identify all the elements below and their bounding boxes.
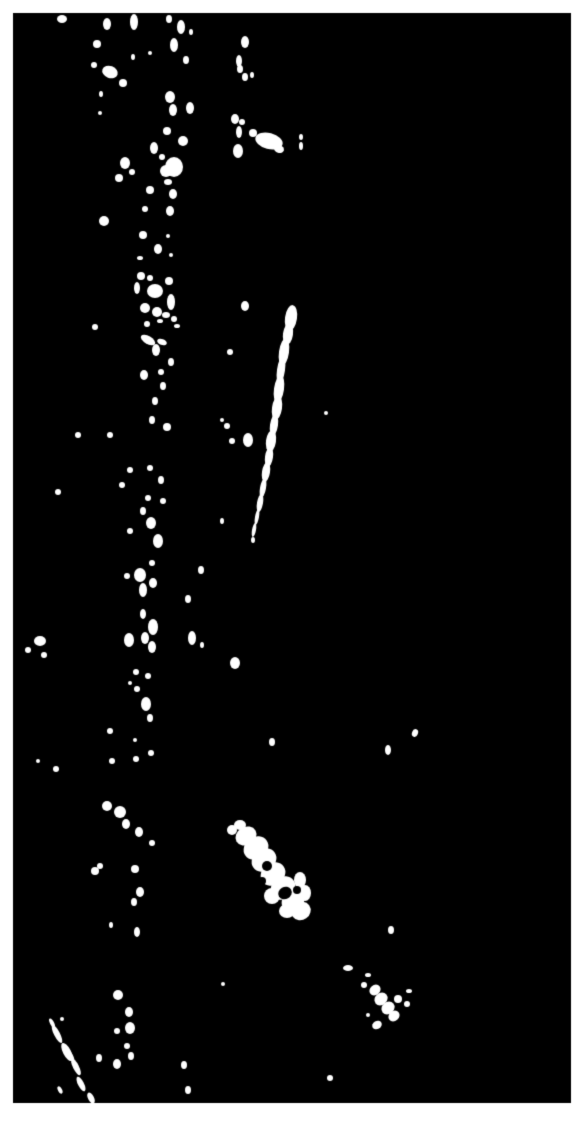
screenshot-root	[0, 0, 586, 1121]
binary-mask-image	[0, 0, 586, 1121]
